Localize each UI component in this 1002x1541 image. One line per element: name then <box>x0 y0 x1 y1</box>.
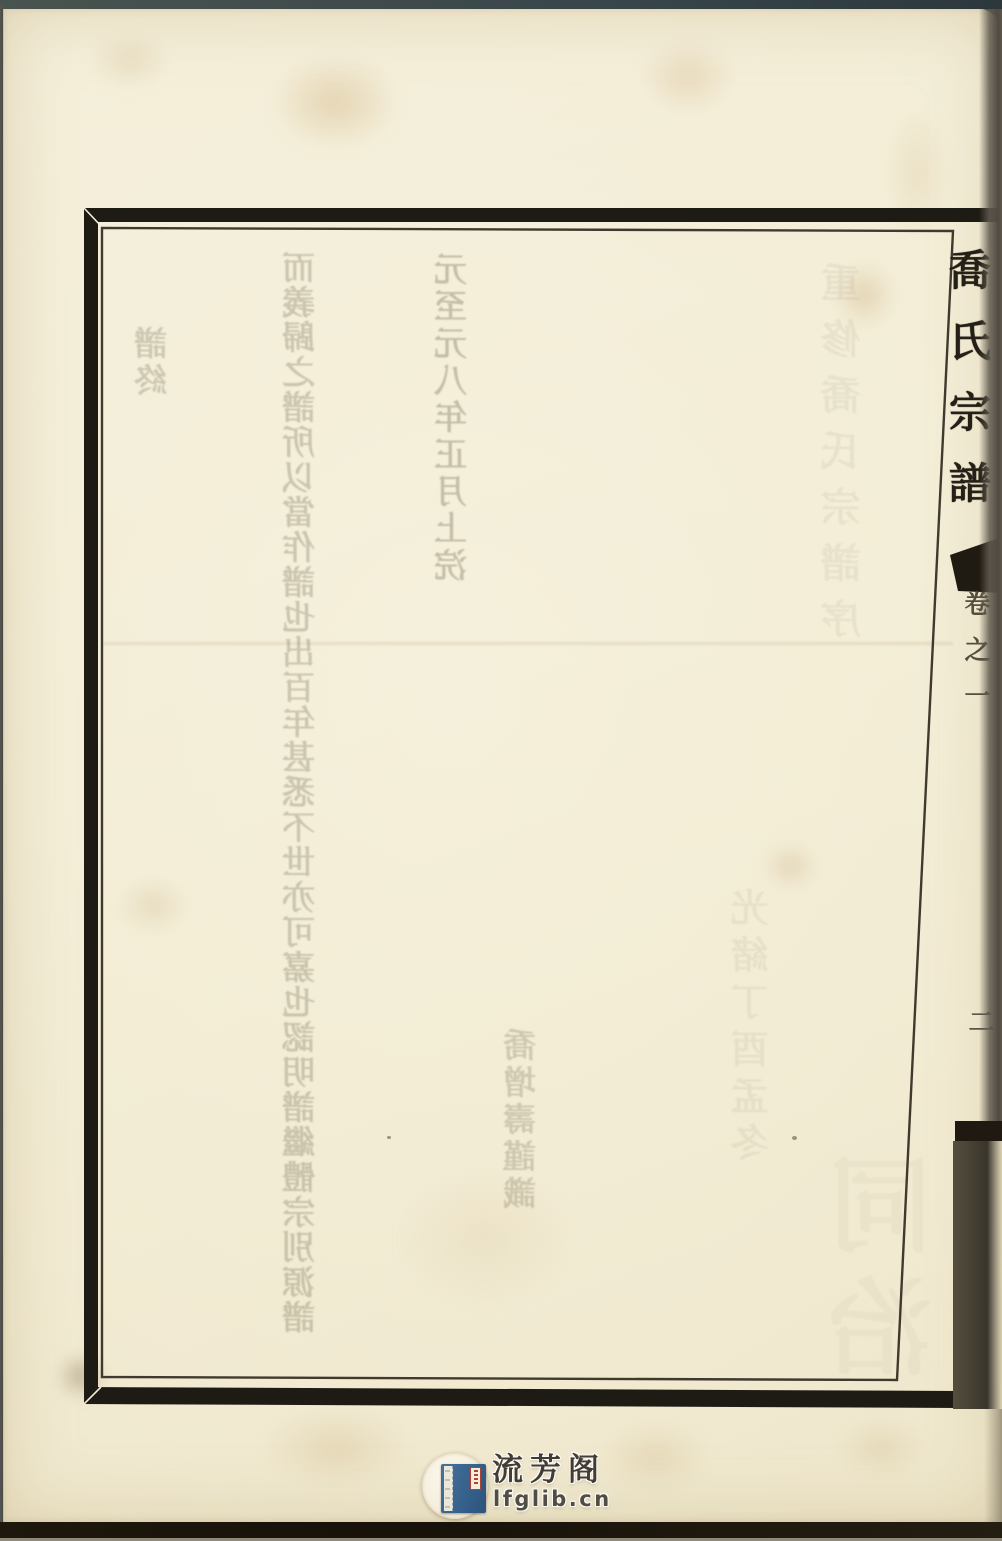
watermark-site-name: 流芳阁 <box>492 1455 606 1486</box>
scanned-genealogy-page: 元至元八年正月上浣 而義歸之譜所以當作譜也出百年甚悉不世亦可嘉也認明譜繼體宗別源… <box>0 0 1002 1541</box>
spine-ink-bar <box>955 1121 1002 1141</box>
bleedthrough-column: 而義歸之譜所以當作譜也出百年甚悉不世亦可嘉也認明譜繼體宗別源譜 <box>284 250 317 1345</box>
paper-stain <box>270 55 400 150</box>
paper-stain <box>763 843 818 889</box>
paper-stain <box>90 30 170 90</box>
stitched-book-icon <box>441 1464 486 1513</box>
bleedthrough-column: 同治 <box>836 1150 941 1400</box>
watermark-badge <box>422 1453 488 1519</box>
paper-stain <box>56 1352 106 1400</box>
paper-stain <box>887 108 947 238</box>
paper-stain <box>395 1168 575 1308</box>
bleedthrough-column: 譜終 <box>136 326 169 406</box>
ink-speck <box>387 1136 391 1139</box>
ink-speck <box>792 1136 797 1140</box>
spine-shadow-tail <box>984 1409 1002 1522</box>
paper-sheet: 元至元八年正月上浣 而義歸之譜所以當作譜也出百年甚悉不世亦可嘉也認明譜繼體宗別源… <box>3 8 1002 1522</box>
bleedthrough-column: 喬增壽謹識 <box>505 1028 538 1218</box>
watermark-site-url: lfglib.cn <box>493 1489 612 1510</box>
paper-stain <box>261 1408 411 1488</box>
book-title-label <box>470 1467 481 1490</box>
spine-shadow-lower <box>953 1141 1002 1409</box>
spine-shadow-upper <box>979 8 1002 1122</box>
paper-stain <box>640 40 735 115</box>
paper-stain <box>118 878 188 933</box>
watermark: 流芳阁 lfglib.cn <box>420 1450 640 1525</box>
bleedthrough-column: 光緒丁酉孟冬 <box>734 888 772 1178</box>
bleedthrough-column: 重修喬氏宗譜序 <box>824 262 864 662</box>
bleedthrough-column: 元至元八年正月上浣 <box>436 252 469 597</box>
book-spine-stitching <box>444 1466 453 1511</box>
scan-top-edge <box>0 0 1002 9</box>
scan-left-edge <box>0 6 4 1526</box>
paper-stain <box>836 1418 926 1478</box>
